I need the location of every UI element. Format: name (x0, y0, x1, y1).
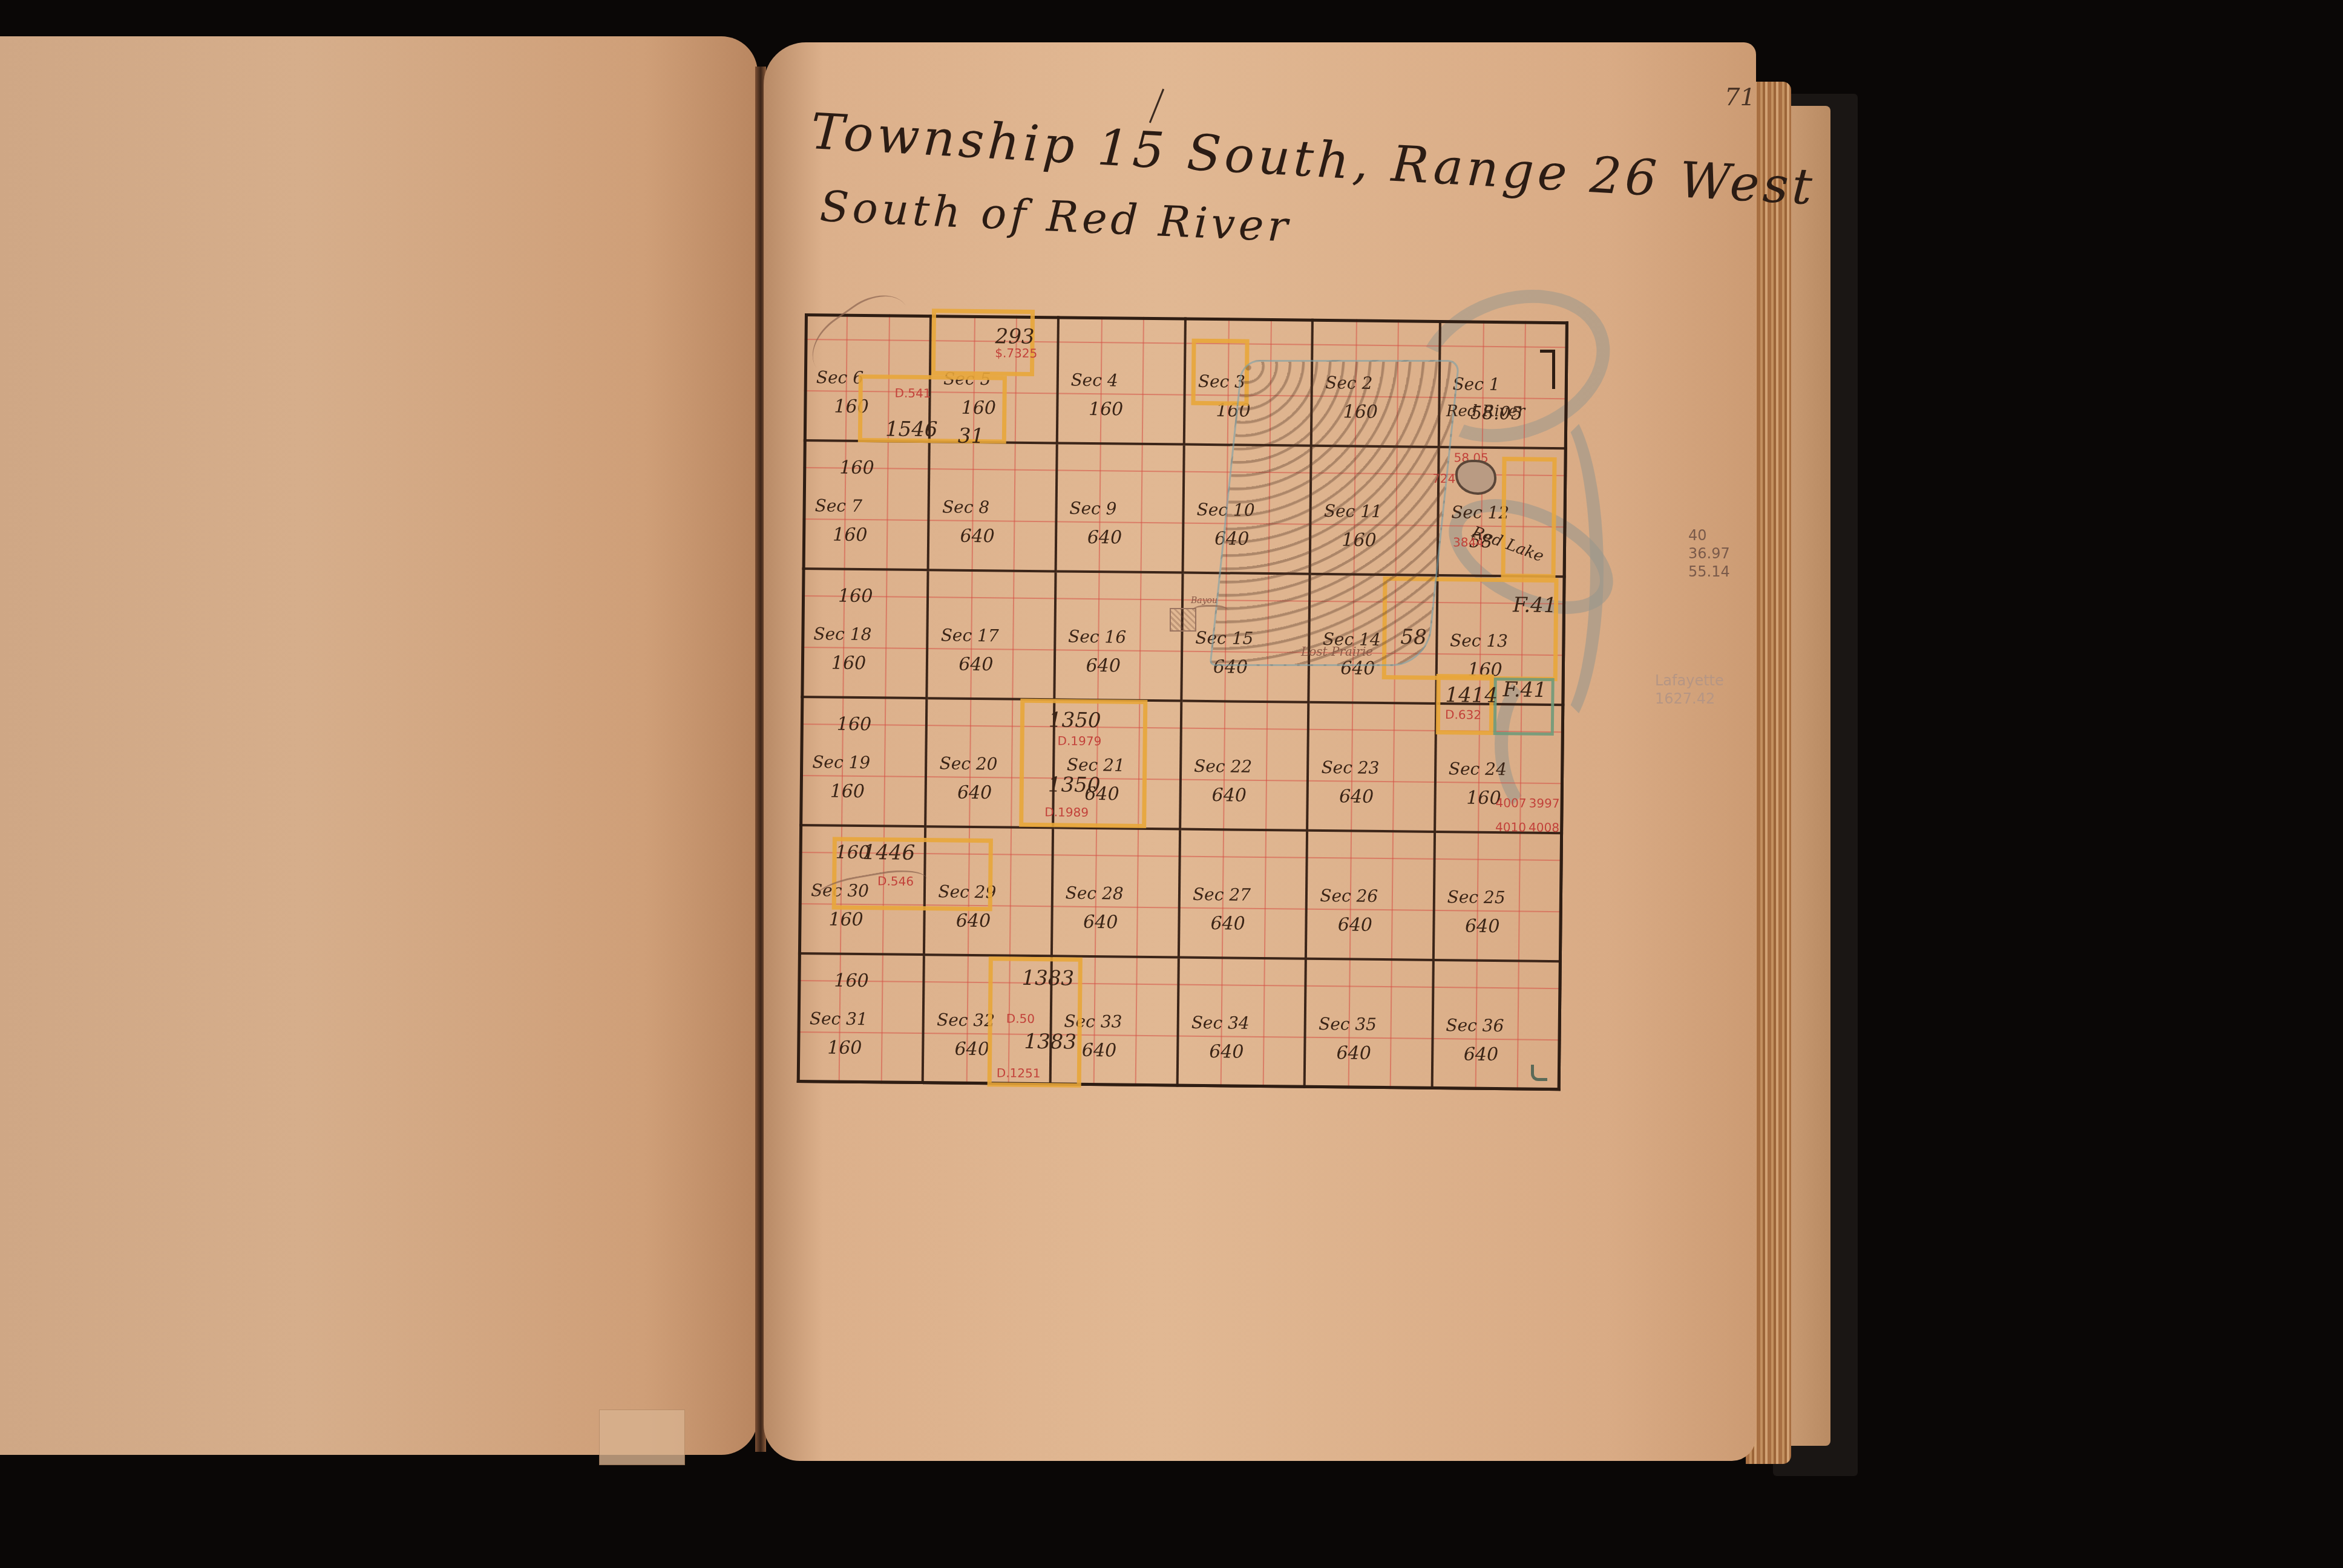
plantation-area (1209, 360, 1460, 666)
section-acreage: 160 (833, 524, 868, 546)
section-acreage: 160 (830, 780, 865, 802)
section-acreage: 640 (1210, 913, 1245, 935)
section-acreage: 640 (1212, 785, 1247, 806)
section-acreage: 640 (1209, 1041, 1244, 1063)
section-label: Sec 26 (1320, 886, 1378, 906)
section-31: Sec 31160160 (797, 955, 926, 1084)
entry-293: 293 (995, 324, 1034, 349)
section-label: Sec 1 (1452, 374, 1499, 394)
entry-d1250: D.50 (1006, 1011, 1035, 1026)
section-22: Sec 22640 (1181, 702, 1310, 832)
red-river-label: Red River (1446, 402, 1525, 420)
section-acreage: 640 (1086, 655, 1121, 677)
township-grid: Sec 6160Sec 5160Sec 4160Sec 3160Sec 2160… (797, 313, 1568, 1091)
section-label: Sec 19 (812, 752, 870, 773)
entry-d632: D.632 (1445, 707, 1481, 722)
entry-1546: 1546 (885, 417, 938, 442)
section-acreage: 640 (954, 1038, 989, 1060)
section-acreage: 640 (1336, 1042, 1371, 1064)
section-acreage: 160 (1089, 399, 1124, 420)
section-8: Sec 8640 (929, 443, 1058, 572)
section-23: Sec 23640 (1308, 704, 1437, 833)
margin-figures: 40 36.97 55.14 (1688, 526, 1730, 581)
fractional-acreage: 160 (834, 970, 869, 992)
section-28: Sec 28640 (1053, 829, 1182, 958)
section-34: Sec 34640 (1179, 959, 1308, 1088)
section-label: Sec 7 (815, 495, 862, 516)
section-19: Sec 19160160 (799, 698, 928, 828)
section-17: Sec 17640 (928, 571, 1057, 701)
section-label: Sec 34 (1191, 1013, 1250, 1033)
entry-f41-sec12: F.41 (1513, 593, 1557, 618)
section-label: Sec 23 (1321, 757, 1379, 778)
section-acreage: 640 (956, 910, 991, 932)
back-leaf (1788, 106, 1830, 1446)
se-corner-mark (1531, 1065, 1547, 1081)
section-acreage: 640 (957, 782, 992, 803)
section-label: Sec 31 (810, 1008, 868, 1029)
section-acreage: 640 (1465, 915, 1500, 937)
entry-f41: F.41 (1502, 678, 1547, 702)
section-acreage: 640 (958, 653, 994, 675)
section-label: Sec 35 (1319, 1014, 1377, 1034)
entry-1350-north: 1350 (1049, 708, 1101, 733)
section-acreage: 640 (960, 525, 995, 547)
section-label: Sec 27 (1193, 884, 1251, 905)
entry-3997: 3997 (1529, 796, 1559, 811)
section-35: Sec 35640 (1306, 960, 1435, 1089)
section-18: Sec 18160160 (801, 570, 929, 699)
section-27: Sec 27640 (1180, 831, 1309, 960)
section-label: Sec 28 (1065, 883, 1123, 904)
entry-d1251: D.1251 (997, 1065, 1041, 1080)
section-acreage: 640 (1338, 914, 1373, 936)
section-acreage: 160 (831, 652, 867, 674)
section-label: Sec 18 (813, 624, 871, 644)
entry-1350-south: 1350 (1048, 773, 1101, 797)
entry-d1989: D.1989 (1044, 805, 1089, 820)
section-acreage: 640 (1083, 912, 1118, 933)
section-label: Sec 22 (1194, 756, 1252, 777)
section-acreage: 640 (1464, 1044, 1499, 1065)
section-label: Sec 32 (937, 1010, 995, 1030)
fractional-acreage: 160 (837, 714, 872, 736)
section-label: Sec 8 (942, 497, 989, 517)
section-label: Sec 24 (1449, 759, 1507, 779)
bayou-stream (1192, 605, 1228, 619)
section-acreage: 160 (827, 1037, 862, 1059)
section-label: Sec 20 (939, 753, 997, 774)
repair-tab (599, 1410, 685, 1465)
ne-corner-bracket (1540, 350, 1555, 389)
entry-d541: D.541 (895, 386, 931, 401)
bayou-label: Bayou (1191, 596, 1217, 606)
section-label: Sec 25 (1447, 887, 1505, 907)
section-label: Sec 16 (1068, 627, 1126, 647)
entry-4008: 4008 (1529, 820, 1559, 835)
entry-1414: 1414 (1445, 683, 1498, 708)
margin-place-note: Lafayette 1627.42 (1655, 671, 1724, 708)
section-label: Sec 4 (1070, 370, 1118, 391)
entry-1383-north: 1383 (1021, 966, 1074, 991)
left-page (0, 36, 758, 1455)
entry-4007: 4007 (1495, 795, 1526, 811)
section-7: Sec 7160160 (802, 442, 931, 571)
section-label: Sec 12 (1451, 502, 1509, 523)
entry-31: 31 (958, 424, 985, 448)
section-acreage: 640 (1082, 1040, 1117, 1062)
section-9: Sec 9640 (1057, 444, 1185, 573)
section-acreage: 640 (1087, 527, 1122, 549)
section-4: Sec 4160 (1058, 316, 1187, 445)
entry-4010: 4010 (1495, 820, 1526, 835)
page-number: 71 (1725, 83, 1755, 111)
section-label: Sec 17 (941, 625, 999, 645)
entry-1383-south: 1383 (1024, 1030, 1076, 1054)
fractional-acreage: 160 (838, 586, 873, 607)
section-16: Sec 16640 (1055, 572, 1184, 702)
section-label: Sec 36 (1446, 1015, 1504, 1036)
section-label: Sec 9 (1069, 498, 1116, 519)
section-acreage: 640 (1339, 786, 1374, 808)
section-25: Sec 25640 (1434, 833, 1563, 962)
entry-d1979: D.1979 (1057, 733, 1101, 748)
section-26: Sec 26640 (1307, 832, 1436, 961)
fractional-acreage: 160 (839, 457, 874, 479)
lost-prairie-label: Lost Prairie (1301, 644, 1373, 659)
entry-1446: 1446 (862, 840, 915, 865)
